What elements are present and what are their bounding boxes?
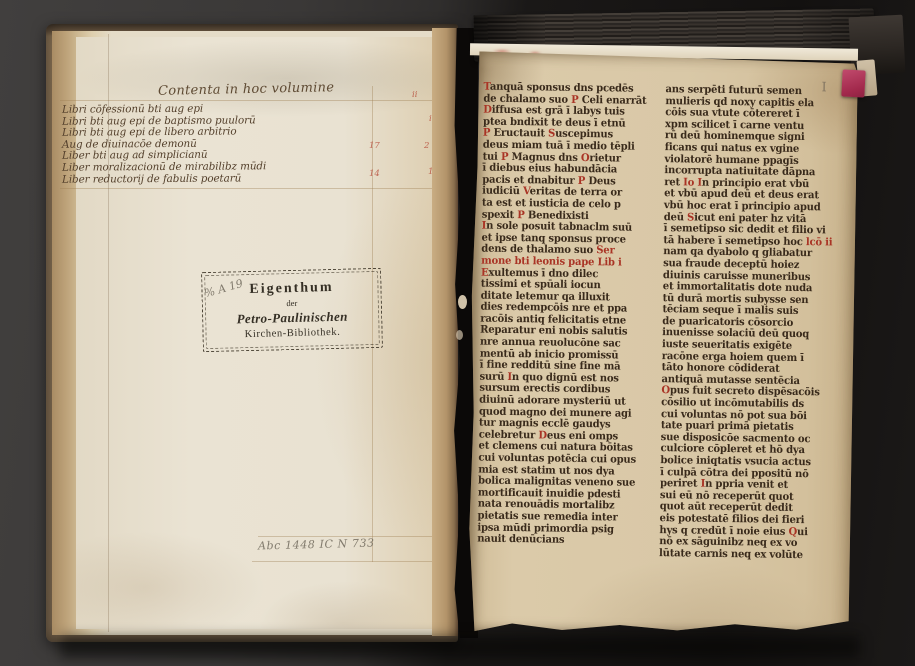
contents-item: Liber reductorij de fabulis poetarū xyxy=(62,173,266,186)
book-shadow xyxy=(60,636,860,658)
gutter-highlight xyxy=(456,330,463,340)
stamp-line: Petro-Paulinischen xyxy=(236,309,348,328)
contents-list: Libri cōfessionū bti aug epi Libri bti a… xyxy=(62,104,266,185)
manuscript-book-photo: Contenta in hoc volumine Libri cōfession… xyxy=(0,0,915,666)
folio-reference: 17 xyxy=(369,141,380,151)
ruling-line xyxy=(60,188,437,189)
folio-reference: 14 xyxy=(369,169,380,179)
stamp-line: Eigenthum xyxy=(249,280,333,298)
pink-bookmark-tab xyxy=(841,69,865,97)
manuscript-text-line: nauit denūcians xyxy=(477,533,655,548)
manuscript-page: I Tanquā sponsus dns pcedēsde chalamo su… xyxy=(466,51,858,638)
text-column-left: Tanquā sponsus dns pcedēsde chalamo suo … xyxy=(477,81,661,547)
stamp-line: Kirchen-Bibliothek. xyxy=(245,327,341,340)
text-column-right: ans serpēti futurū semenmulieris qd noxy… xyxy=(659,84,850,562)
gutter-highlight xyxy=(458,295,467,309)
stamp-line: der xyxy=(286,298,297,308)
ruling-line xyxy=(252,561,437,562)
folio-reference: ii xyxy=(412,90,417,100)
manuscript-text-line: lūtate carnis neq ex volūte xyxy=(659,547,843,562)
folio-reference: 2 xyxy=(424,141,429,151)
gutter-turnin xyxy=(432,28,458,636)
ruling-line xyxy=(60,100,437,101)
